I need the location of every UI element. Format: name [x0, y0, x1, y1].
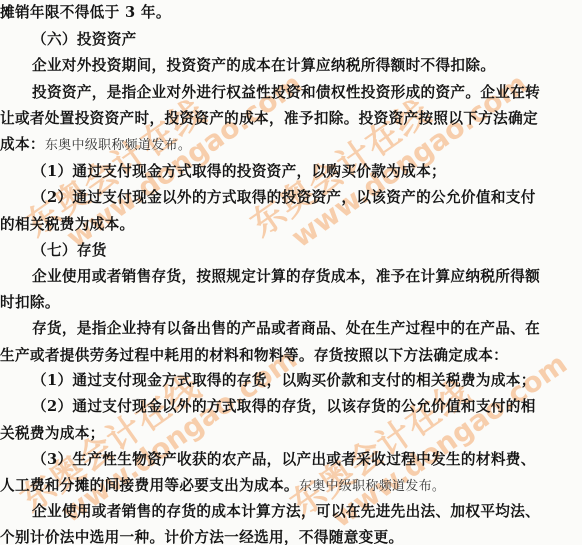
text-line: 个别计价法中选用一种。计价方法一经选用，不得随意变更。 [0, 529, 582, 545]
line-text: （2）通过支付现金以外的方式取得的投资资产，以该资产的公允价值和支付 [32, 189, 536, 206]
line-text: 时扣除。 [0, 294, 60, 311]
text-line: 的相关税费为成本。 [0, 216, 582, 233]
line-text: 企业使用或者销售的存货的成本计算方法，可以在先进先出法、加权平均法、 [32, 503, 540, 520]
text-line: 投资资产，是指企业对外进行权益性投资和债权性投资形成的资产。企业在转 [0, 84, 582, 101]
text-line: 时扣除。 [0, 294, 582, 311]
text-line: 企业使用或者销售的存货的成本计算方法，可以在先进先出法、加权平均法、 [0, 503, 582, 520]
text-line: 摊销年限不得低于 3 年。 [0, 4, 582, 21]
text-line: （2）通过支付现金以外的方式取得的投资资产，以该资产的公允价值和支付 [0, 189, 582, 206]
text-line: 生产或者提供劳务过程中耗用的材料和物料等。存货按照以下方法确定成本： [0, 347, 582, 364]
line-text: 的相关税费为成本。 [0, 216, 135, 233]
text-line: （2）通过支付现金以外的方式取得的存货，以该存货的公允价值和支付的相 [0, 398, 582, 415]
text-line: （1）通过支付现金方式取得的存货，以购买价款和支付的相关税费为成本； [0, 372, 582, 389]
text-line: 企业对外投资期间，投资资产的成本在计算应纳税所得额时不得扣除。 [0, 57, 582, 74]
publisher-note: 东奥中级职称频道发布。 [45, 138, 191, 153]
line-text: 企业对外投资期间，投资资产的成本在计算应纳税所得额时不得扣除。 [32, 57, 495, 74]
text-line: （七）存货 [0, 242, 582, 259]
line-text: （七）存货 [32, 242, 107, 259]
text-line: （1）通过支付现金方式取得的投资资产，以购买价款为成本； [0, 163, 582, 180]
text-line: 让或者处置投资资产时，投资资产的成本，准予扣除。投资资产按照以下方法确定 [0, 110, 582, 127]
line-text: （3）生产性生物资产收获的农产品，以产出或者采收过程中发生的材料费、 [32, 451, 536, 468]
document-page: 东奥会计在线 www.dongao.com 东奥会计在线 www.dongao.… [0, 0, 582, 545]
line-text: 存货，是指企业持有以备出售的产品或者商品、处在生产过程中的在产品、在 [32, 320, 540, 337]
line-text: （1）通过支付现金方式取得的存货，以购买价款和支付的相关税费为成本； [32, 372, 536, 389]
line-text: 个别计价法中选用一种。计价方法一经选用，不得随意变更。 [0, 529, 403, 545]
text-line: 人工费和分摊的间接费用等必要支出为成本。东奥中级职称频道发布。 [0, 477, 582, 495]
text-line: （3）生产性生物资产收获的农产品，以产出或者采收过程中发生的材料费、 [0, 451, 582, 468]
text-line: （六）投资资产 [0, 31, 582, 48]
line-text: （六）投资资产 [32, 31, 137, 48]
line-text: 人工费和分摊的间接费用等必要支出为成本。 [0, 477, 299, 494]
line-text: 生产或者提供劳务过程中耗用的材料和物料等。存货按照以下方法确定成本： [0, 347, 508, 364]
line-text: 让或者处置投资资产时，投资资产的成本，准予扣除。投资资产按照以下方法确定 [0, 110, 538, 127]
line-text: 关税费为成本； [0, 425, 105, 442]
text-line: 成本：东奥中级职称频道发布。 [0, 136, 582, 154]
line-text: 摊销年限不得低于 3 年。 [0, 4, 171, 21]
line-text: 企业使用或者销售存货，按照规定计算的存货成本，准予在计算应纳税所得额 [32, 268, 540, 285]
publisher-note: 东奥中级职称频道发布。 [299, 479, 445, 494]
line-text: （2）通过支付现金以外的方式取得的存货，以该存货的公允价值和支付的相 [32, 398, 536, 415]
text-line: 存货，是指企业持有以备出售的产品或者商品、处在生产过程中的在产品、在 [0, 320, 582, 337]
line-text: 投资资产，是指企业对外进行权益性投资和债权性投资形成的资产。企业在转 [32, 84, 540, 101]
text-line: 企业使用或者销售存货，按照规定计算的存货成本，准予在计算应纳税所得额 [0, 268, 582, 285]
line-text: （1）通过支付现金方式取得的投资资产，以购买价款为成本； [32, 163, 446, 180]
line-text: 成本： [0, 136, 45, 153]
text-line: 关税费为成本； [0, 425, 582, 442]
